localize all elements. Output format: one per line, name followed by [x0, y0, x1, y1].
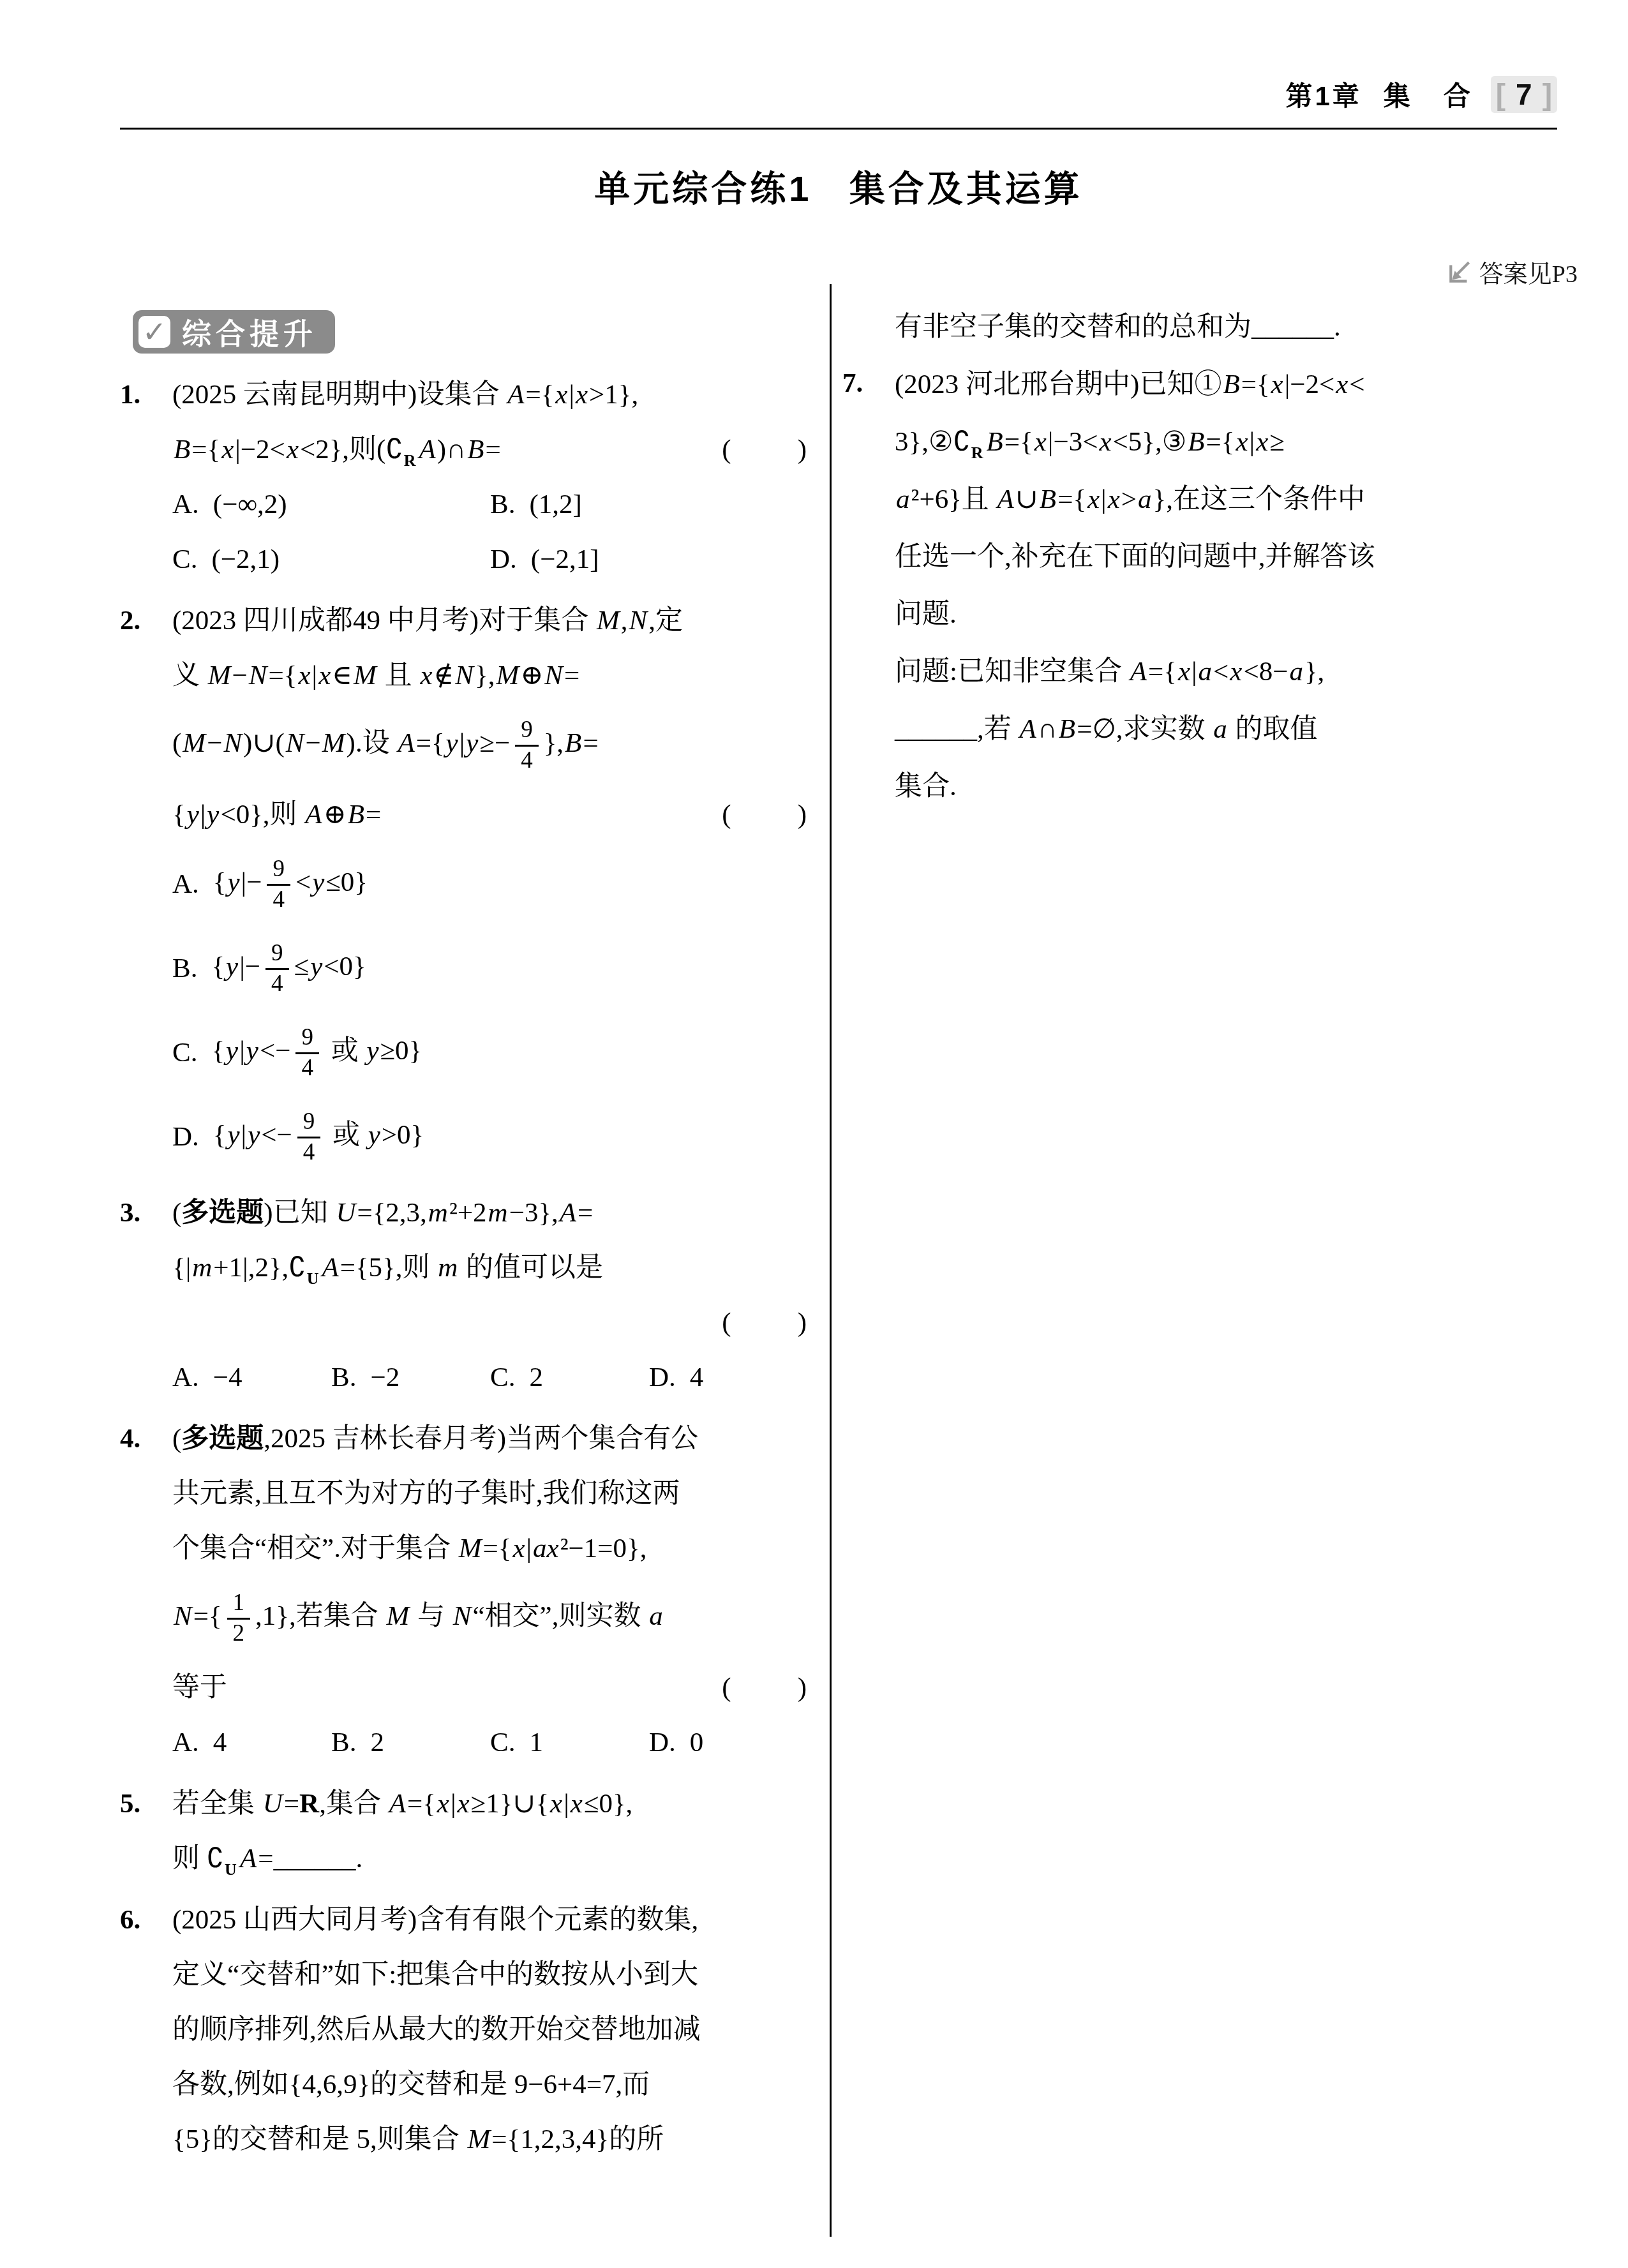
math-var: y — [225, 951, 239, 981]
math-text: 或 y≥0} — [324, 1036, 422, 1066]
line-content: {|m+1|,2},∁UA={5},则 m 的值可以是 — [172, 1252, 603, 1283]
math-text: (2025 山西大同月考)含有有限个元素的数集, — [172, 1905, 698, 1935]
math-var: x — [1228, 657, 1243, 687]
math-var: B — [1038, 484, 1057, 514]
option-value: 4 — [690, 1362, 704, 1393]
problem-6: 6.(2025 山西大同月考)含有有限个元素的数集,定义“交替和”如下:把集合中… — [120, 1893, 808, 2167]
math-text: ( — [172, 1424, 181, 1454]
math-text: 2 — [529, 1362, 543, 1392]
fraction-numerator: 9 — [267, 857, 290, 886]
math-text: 4 — [690, 1362, 704, 1392]
option-label: B. — [331, 1362, 356, 1393]
math-text: . — [355, 1844, 362, 1874]
chapter-label: 第1章 — [1285, 75, 1361, 114]
problem-line: 个集合“相交”.对于集合 M={x|ax²−1=0}, — [172, 1521, 808, 1576]
fraction-numerator: 9 — [297, 1110, 321, 1138]
math-text: 定义“交替和”如下:把集合中的数按从小到大 — [172, 1960, 698, 1990]
problem-line: 等于( ) — [172, 1660, 808, 1715]
check-icon: ✓ — [138, 316, 170, 348]
math-var: a — [1288, 657, 1304, 687]
line-content: (多选题,2025 吉林长春月考)当两个集合有公 — [172, 1423, 698, 1454]
problem-number: 5. — [120, 1777, 140, 1832]
math-text: −4 — [213, 1362, 243, 1392]
math-var: x — [285, 435, 300, 465]
option-item: D.(−2,1] — [490, 532, 808, 587]
option-label: B. — [490, 489, 515, 520]
option-label: B. — [331, 1727, 356, 1758]
option-label: D. — [649, 1727, 676, 1758]
line-content: ______,若 A∩B=∅,求实数 a 的取值 — [895, 713, 1318, 745]
math-text: 共元素,且互不为对方的子集时,我们称这两 — [172, 1479, 680, 1509]
math-var: ax — [532, 1533, 560, 1563]
problem-line: 若全集 U=R,集合 A={x|x≥1}∪{x|x≤0}, — [172, 1777, 808, 1832]
math-var: M — [467, 2124, 492, 2154]
blank-slot: ______ — [1251, 312, 1334, 342]
math-var: a — [648, 1601, 664, 1631]
math-var: M — [458, 1533, 483, 1563]
math-text: (2023 四川成都49 中月考)对于集合 M,N,定 — [172, 606, 683, 636]
options-grid: A.(−∞,2)B.(1,2]C.(−2,1)D.(−2,1] — [172, 477, 808, 587]
option-item: A.−4 — [172, 1350, 331, 1405]
math-var: A — [418, 435, 437, 465]
math-text: 4 — [213, 1727, 227, 1757]
math-text: 等于 — [172, 1673, 227, 1703]
option-value: (−∞,2) — [213, 489, 287, 520]
option-label: C. — [490, 1727, 515, 1758]
fraction: 12 — [227, 1591, 251, 1646]
line-content: 集合. — [895, 771, 957, 802]
answer-reference-text: 答案见P3 — [1479, 254, 1578, 289]
math-var: y — [246, 1120, 261, 1150]
math-var: x — [220, 435, 235, 465]
option-label: C. — [172, 544, 197, 575]
math-text: 问题. — [895, 599, 957, 629]
option-item: C.(−2,1) — [172, 532, 490, 587]
line-content: 问题:已知非空集合 A={x|a<x<8−a}, — [895, 656, 1324, 687]
fraction: 94 — [265, 941, 289, 997]
line-content: 义 M−N={x|x∈M 且 x∉N},M⊕N= — [172, 660, 579, 691]
math-var: A — [320, 1253, 340, 1283]
column-divider — [830, 284, 832, 2237]
fraction: 94 — [297, 1110, 321, 1165]
math-var: A — [239, 1844, 258, 1874]
problem-line: 定义“交替和”如下:把集合中的数按从小到大 — [172, 1948, 808, 2003]
problem-line: 共元素,且互不为对方的子集时,我们称这两 — [172, 1466, 808, 1521]
math-var: B — [347, 800, 366, 830]
math-text: <y≤0} — [295, 867, 368, 897]
math-text: (M−N)∪(N−M).设 A={y|y≥− — [172, 728, 510, 758]
options-grid: A.4B.2C.1D.0 — [172, 1715, 808, 1770]
math-var: A — [388, 1789, 407, 1819]
math-var: M — [495, 660, 520, 690]
math-var: a — [1212, 714, 1228, 744]
problem-line: (2025 山西大同月考)含有有限个元素的数集, — [172, 1893, 808, 1948]
line-content: 各数,例如{4,6,9}的交替和是 9−6+4=7,而 — [172, 2069, 650, 2100]
math-var: N — [222, 728, 243, 758]
line-content: {y|y<0},则 A⊕B= — [172, 799, 381, 830]
line-content: 问题. — [895, 599, 957, 630]
math-text: 0 — [690, 1727, 704, 1757]
problem-line: (M−N)∪(N−M).设 A={y|y≥−94},B= — [172, 703, 808, 787]
line-content: 的顺序排列,然后从最大的数开始交替地加减 — [172, 2014, 701, 2045]
problem-line: D.{y|y<−94 或 y>0} — [172, 1095, 808, 1179]
option-label: B. — [172, 953, 197, 984]
subscript: R — [971, 444, 983, 462]
math-var: y — [311, 867, 325, 897]
line-content: 定义“交替和”如下:把集合中的数按从小到大 — [172, 1959, 698, 1990]
line-content: (2023 四川成都49 中月考)对于集合 M,N,定 — [172, 605, 683, 636]
answer-reference: 答案见P3 — [120, 254, 1578, 289]
math-text: {|m+1|,2},∁ — [172, 1253, 306, 1283]
page-number: 7 — [1516, 78, 1532, 111]
option-item: B.(1,2] — [490, 477, 808, 532]
math-text: ,1},若集合 M 与 N“相交”,则实数 a — [255, 1601, 664, 1631]
option-item: A.4 — [172, 1715, 331, 1770]
math-var: A — [996, 484, 1015, 514]
problem-line: 集合. — [895, 758, 1595, 816]
math-var: y — [245, 1036, 260, 1066]
fraction-numerator: 9 — [265, 941, 289, 970]
math-var: B — [1186, 427, 1206, 457]
line-content: (M−N)∪(N−M).设 A={y|y≥−94},B= — [172, 718, 599, 773]
math-var: A — [1129, 657, 1148, 687]
math-var: y — [365, 1036, 380, 1066]
line-content: {y|−94≤y<0} — [211, 941, 366, 997]
line-content: 3},②∁RB={x|−3<x<5},③B={x|x≥ — [895, 426, 1285, 458]
math-var: M — [181, 728, 207, 758]
math-var: y — [226, 867, 241, 897]
option-label: A. — [172, 869, 199, 900]
math-text: ,集合 A={x|x≥1}∪{x|x≤0}, — [319, 1789, 632, 1819]
page-header: 第1章 集合 [ 7 ] — [120, 75, 1557, 114]
math-text: {y|y<0},则 A⊕B= — [172, 800, 381, 830]
right-column: 有非空子集的交替和的总和为______.7.(2023 河北邢台期中)已知①B=… — [842, 299, 1595, 822]
problem-line: B.{y|−94≤y<0} — [172, 927, 808, 1011]
problem-number: 4. — [120, 1412, 140, 1466]
problem-line: (多选题)已知 U={2,3,m²+2m−3},A= — [172, 1186, 808, 1241]
fraction: 94 — [267, 857, 290, 913]
line-content: a²+6}且 A∪B={x|x>a},在这三个条件中 — [895, 484, 1365, 515]
problem-line: (2025 云南昆明期中)设集合 A={x|x>1}, — [172, 368, 808, 422]
math-var: B — [564, 728, 583, 758]
problem-line: 各数,例如{4,6,9}的交替和是 9−6+4=7,而 — [172, 2057, 808, 2112]
math-var: A — [1019, 714, 1038, 744]
fraction-denominator: 2 — [233, 1620, 245, 1646]
math-text: {5}的交替和是 5,则集合 M={1,2,3,4}的所 — [172, 2124, 664, 2154]
answer-paren-slot: ( ) — [722, 434, 808, 465]
math-var: A — [506, 380, 525, 410]
problem-line: 义 M−N={x|x∈M 且 x∉N},M⊕N= — [172, 648, 808, 703]
math-var: m — [487, 1198, 509, 1228]
line-content: (2025 云南昆明期中)设集合 A={x|x>1}, — [172, 379, 638, 410]
problem-line: (2023 四川成都49 中月考)对于集合 M,N,定 — [172, 593, 808, 648]
math-text: A= — [239, 1844, 274, 1874]
math-var: N — [454, 660, 475, 690]
math-var: A — [396, 728, 415, 758]
left-column: 1.(2025 云南昆明期中)设集合 A={x|x>1},B={x|−2<x<2… — [120, 368, 808, 2174]
problem-1: 1.(2025 云南昆明期中)设集合 A={x|x>1},B={x|−2<x<2… — [120, 368, 808, 587]
problem-line: 有非空子集的交替和的总和为______. — [895, 299, 1595, 356]
line-content: {5}的交替和是 5,则集合 M={1,2,3,4}的所 — [172, 2124, 664, 2155]
math-var: x — [1234, 427, 1249, 457]
fraction-denominator: 4 — [301, 1054, 313, 1081]
problem-line: {5}的交替和是 5,则集合 M={1,2,3,4}的所 — [172, 2112, 808, 2167]
line-content: {y|−94<y≤0} — [213, 857, 368, 913]
answer-paren-slot: ( ) — [722, 799, 808, 830]
math-var: a — [1197, 657, 1214, 687]
option-label: A. — [172, 489, 199, 520]
math-text: )已知 U={2,3,m²+2m−3},A= — [264, 1198, 593, 1228]
fraction: 94 — [295, 1026, 319, 1081]
math-var: N — [543, 660, 564, 690]
math-text: 则 ∁ — [172, 1844, 224, 1874]
option-value: 2 — [529, 1362, 543, 1393]
option-label: D. — [172, 1121, 199, 1153]
option-item: A.(−∞,2) — [172, 477, 490, 532]
math-var: x — [1086, 484, 1101, 514]
problem-number: 7. — [842, 356, 863, 411]
problem-3: 3.(多选题)已知 U={2,3,m²+2m−3},A={|m+1|,2},∁U… — [120, 1186, 808, 1405]
problem-line: B={x|−2<x<2},则(∁RA)∩B=( ) — [172, 422, 808, 477]
line-content: 等于 — [172, 1672, 227, 1703]
problem-line: 问题. — [895, 586, 1595, 643]
fraction-denominator: 4 — [521, 747, 533, 773]
line-content: N={12,1},若集合 M 与 N“相交”,则实数 a — [172, 1591, 664, 1646]
option-value: −4 — [213, 1362, 243, 1393]
problem-5: 5.若全集 U=R,集合 A={x|x≥1}∪{x|x≤0},则 ∁UA=___… — [120, 1777, 808, 1886]
math-text: 问题:已知非空集合 A={x|a<x<8−a}, — [895, 657, 1324, 687]
math-var: B — [1221, 369, 1241, 399]
math-var: N — [285, 728, 306, 758]
math-var: a — [895, 484, 911, 514]
option-value: 4 — [213, 1727, 227, 1758]
problem-number: 2. — [120, 593, 140, 648]
line-content: (2023 河北邢台期中)已知①B={x|−2<x< — [895, 369, 1365, 400]
math-text: N={ — [172, 1601, 222, 1631]
problem-line: {y|y<0},则 A⊕B=( ) — [172, 787, 808, 842]
math-var: y — [225, 1036, 239, 1066]
math-text: 集合. — [895, 772, 957, 802]
worksheet-title: 单元综合练1 集合及其运算 — [120, 161, 1557, 212]
math-text: 各数,例如{4,6,9}的交替和是 9−6+4=7,而 — [172, 2070, 650, 2100]
math-var: x — [1255, 427, 1269, 457]
math-text: (−∞,2) — [213, 489, 287, 519]
problem-line: {|m+1|,2},∁UA={5},则 m 的值可以是 — [172, 1241, 808, 1295]
math-var: M — [595, 606, 621, 636]
math-text: B={x|−2<x<2},则(∁ — [172, 435, 403, 465]
math-var: N — [627, 606, 648, 636]
math-text: 若全集 U= — [172, 1789, 299, 1819]
math-var: N — [452, 1601, 473, 1631]
line-content: 任选一个,补充在下面的问题中,并解答该 — [895, 541, 1375, 572]
math-var: x — [1270, 369, 1285, 399]
problem-number: 3. — [120, 1186, 140, 1241]
line-content: 若全集 U=R,集合 A={x|x≥1}∪{x|x≤0}, — [172, 1788, 632, 1819]
problem-4: 4.(多选题,2025 吉林长春月考)当两个集合有公共元素,且互不为对方的子集时… — [120, 1412, 808, 1770]
problem-line: ( ) — [172, 1295, 808, 1350]
line-content: B={x|−2<x<2},则(∁RA)∩B= — [172, 434, 501, 465]
math-var: y — [445, 728, 459, 758]
math-var: M — [385, 1601, 410, 1631]
fraction: 94 — [515, 718, 539, 773]
blank-slot: ______ — [273, 1844, 355, 1874]
option-item: D.4 — [649, 1350, 808, 1405]
problem-2: 2.(2023 四川成都49 中月考)对于集合 M,N,定义 M−N={x|x∈… — [120, 593, 808, 1179]
subscript: U — [307, 1269, 319, 1288]
math-text: a²+6}且 A∪B={x|x>a},在这三个条件中 — [895, 484, 1365, 514]
option-value: (−2,1) — [211, 544, 280, 575]
math-text: },B= — [544, 728, 599, 758]
math-var: x — [511, 1533, 526, 1563]
option-label: C. — [172, 1037, 197, 1068]
math-var: x — [456, 1789, 471, 1819]
math-text: B={x|−3<x<5},③B={x|x≥ — [985, 427, 1285, 457]
problem-line: 问题:已知非空集合 A={x|a<x<8−a}, — [895, 643, 1595, 701]
math-text: 3},②∁ — [895, 427, 971, 457]
math-text: 的顺序排列,然后从最大的数开始交替地加减 — [172, 2015, 701, 2045]
bracket-right: ] — [1542, 78, 1552, 111]
line-content: {y|y<−94 或 y>0} — [213, 1110, 424, 1165]
math-var: y — [205, 800, 220, 830]
line-content: (多选题)已知 U={2,3,m²+2m−3},A= — [172, 1197, 593, 1228]
math-var: A — [558, 1198, 578, 1228]
bold-text: R — [299, 1789, 319, 1819]
corner-arrow-icon — [1446, 258, 1474, 286]
problem-6-continuation: 有非空子集的交替和的总和为______. — [842, 299, 1595, 356]
fraction-numerator: 1 — [227, 1591, 251, 1620]
math-var: x — [569, 1789, 584, 1819]
math-text: ≤y<0} — [294, 951, 366, 981]
problem-line: ______,若 A∩B=∅,求实数 a 的取值 — [895, 701, 1595, 758]
problem-line: N={12,1},若集合 M 与 N“相交”,则实数 a — [172, 1576, 808, 1660]
math-text: (−2,1] — [531, 544, 599, 574]
bold-text: 多选题 — [181, 1198, 264, 1228]
math-text: (2025 云南昆明期中)设集合 A={x|x>1}, — [172, 380, 638, 410]
option-item: B.−2 — [331, 1350, 490, 1405]
section-badge-label: 综合提升 — [182, 311, 317, 353]
math-var: x — [1098, 427, 1112, 457]
math-var: A — [304, 800, 323, 830]
math-var: B — [985, 427, 1004, 457]
problem-line: 任选一个,补充在下面的问题中,并解答该 — [895, 528, 1595, 586]
math-text: 个集合“相交”.对于集合 M={x|ax²−1=0}, — [172, 1533, 646, 1563]
line-content: 共元素,且互不为对方的子集时,我们称这两 — [172, 1478, 680, 1509]
problem-number: 6. — [120, 1893, 140, 1948]
problem-line: 3},②∁RB={x|−3<x<5},③B={x|x≥ — [895, 414, 1595, 471]
math-var: U — [334, 1198, 357, 1228]
problem-line: a²+6}且 A∪B={x|x>a},在这三个条件中 — [895, 471, 1595, 528]
math-text: 义 M−N={x|x∈M 且 x∉N},M⊕N= — [172, 660, 579, 690]
math-text: 任选一个,补充在下面的问题中,并解答该 — [895, 542, 1375, 572]
option-value: −2 — [370, 1362, 400, 1393]
math-text: A)∩B= — [418, 435, 501, 465]
option-item: B.2 — [331, 1715, 490, 1770]
math-text: 有非空子集的交替和的总和为 — [895, 312, 1251, 342]
bracket-left: [ — [1496, 78, 1505, 111]
option-label: D. — [490, 544, 517, 575]
math-var: y — [367, 1120, 382, 1150]
math-var: M — [352, 660, 378, 690]
fraction-denominator: 4 — [271, 970, 283, 997]
math-var: x — [297, 660, 311, 690]
math-text: {y|y<− — [213, 1120, 292, 1150]
problem-line: (多选题,2025 吉林长春月考)当两个集合有公 — [172, 1412, 808, 1466]
math-var: a — [1137, 484, 1153, 514]
option-value: (1,2] — [529, 489, 581, 520]
math-var: x — [554, 380, 569, 410]
option-label: D. — [649, 1362, 676, 1393]
math-var: U — [262, 1789, 284, 1819]
math-var: N — [172, 1601, 193, 1631]
math-var: x — [574, 380, 589, 410]
math-text: −2 — [370, 1362, 400, 1392]
math-text: (1,2] — [529, 489, 581, 519]
option-label: C. — [490, 1362, 515, 1393]
answer-paren-slot: ( ) — [722, 1672, 808, 1703]
math-text: 1 — [529, 1727, 543, 1757]
math-var: y — [186, 800, 200, 830]
math-text: A={5},则 m 的值可以是 — [320, 1253, 603, 1283]
fraction-numerator: 9 — [295, 1026, 319, 1054]
math-var: B — [172, 435, 191, 465]
fraction-denominator: 4 — [273, 886, 285, 913]
subscript: R — [404, 451, 416, 470]
math-var: m — [437, 1253, 459, 1283]
math-var: M — [321, 728, 347, 758]
option-value: 0 — [690, 1727, 704, 1758]
problem-line: (2023 河北邢台期中)已知①B={x|−2<x< — [895, 356, 1595, 414]
math-var: y — [465, 728, 479, 758]
math-var: B — [466, 435, 485, 465]
math-var: x — [419, 660, 433, 690]
option-value: (−2,1] — [531, 544, 599, 575]
options-rows: A.{y|−94<y≤0}B.{y|−94≤y<0}C.{y|y<−94 或 y… — [172, 842, 808, 1179]
option-label: A. — [172, 1727, 199, 1758]
math-var: y — [309, 951, 324, 981]
math-var: m — [191, 1253, 213, 1283]
math-var: m — [427, 1198, 449, 1228]
math-text: ,2025 吉林长春月考)当两个集合有公 — [264, 1424, 698, 1454]
math-text: ,若 A∩B=∅,求实数 a 的取值 — [977, 714, 1318, 744]
math-var: y — [226, 1120, 241, 1150]
problem-line: 的顺序排列,然后从最大的数开始交替地加减 — [172, 2003, 808, 2057]
bold-text: 多选题 — [181, 1424, 264, 1454]
math-text: (−2,1) — [211, 544, 280, 574]
math-var: M — [207, 660, 232, 690]
fraction-denominator: 4 — [303, 1138, 315, 1165]
math-var: B — [1057, 714, 1077, 744]
option-value: 1 — [529, 1727, 543, 1758]
fraction-numerator: 9 — [515, 718, 539, 747]
math-var: x — [549, 1789, 564, 1819]
options-grid: A.−4B.−2C.2D.4 — [172, 1350, 808, 1405]
math-var: x — [436, 1789, 451, 1819]
problem-7: 7.(2023 河北邢台期中)已知①B={x|−2<x<3},②∁RB={x|−… — [842, 356, 1595, 816]
problem-line: C.{y|y<−94 或 y≥0} — [172, 1011, 808, 1095]
line-content: 有非空子集的交替和的总和为______. — [895, 311, 1341, 343]
page-number-box: [ 7 ] — [1491, 76, 1557, 114]
math-text: {y|− — [213, 867, 262, 897]
problem-number: 1. — [120, 368, 140, 422]
math-text: . — [1334, 312, 1341, 342]
math-text: {y|y<− — [211, 1036, 290, 1066]
math-var: x — [1334, 369, 1349, 399]
math-text: 2 — [370, 1727, 384, 1757]
math-var: x — [1107, 484, 1121, 514]
option-item: C.1 — [490, 1715, 649, 1770]
option-value: 2 — [370, 1727, 384, 1758]
workbook-page: 第1章 集合 [ 7 ] 单元综合练1 集合及其运算 答案见P3 ✓ 综合提升 … — [0, 0, 1628, 2268]
